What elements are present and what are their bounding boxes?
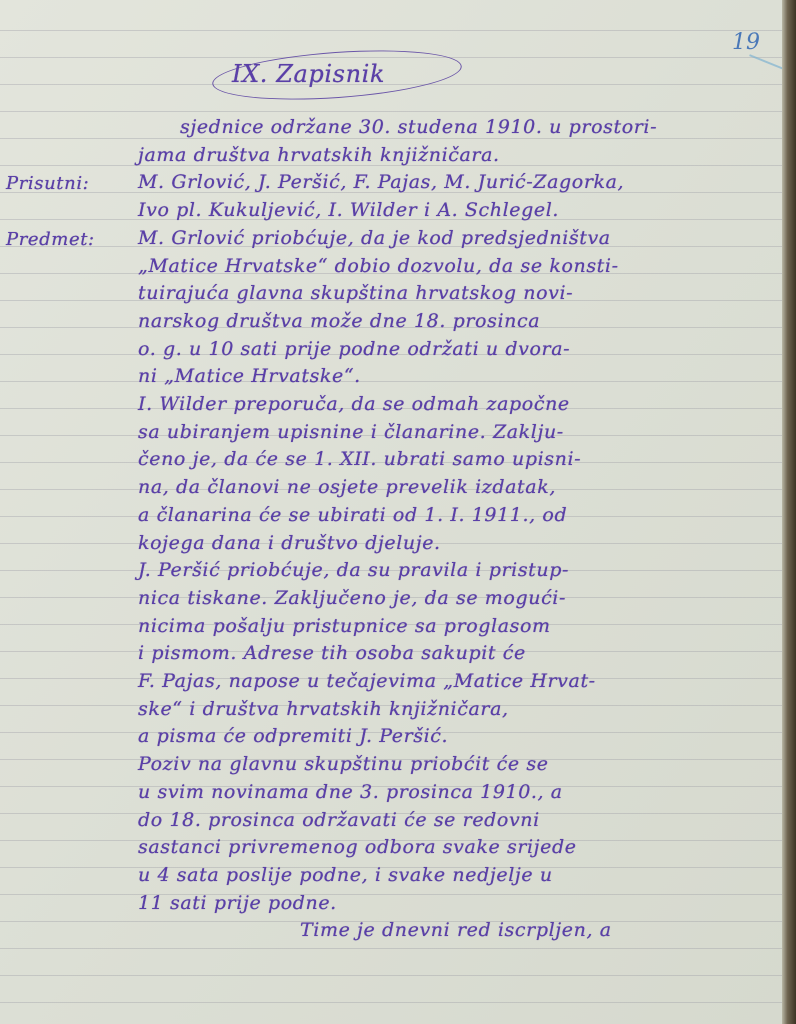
handwritten-line: a članarina će se ubirati od 1. I. 1911.… bbox=[138, 504, 567, 526]
handwritten-line: sjednice održane 30. studena 1910. u pro… bbox=[180, 116, 657, 138]
title-block: IX. Zapisnik bbox=[212, 52, 460, 98]
handwritten-line: Poziv na glavnu skupštinu priobćit će se bbox=[138, 753, 549, 775]
handwritten-line: a pisma će odpremiti J. Peršić. bbox=[138, 725, 448, 747]
handwritten-line: kojega dana i društvo djeluje. bbox=[138, 532, 441, 554]
handwritten-line: J. Peršić priobćuje, da su pravila i pri… bbox=[138, 559, 569, 581]
binding-edge bbox=[782, 0, 796, 1024]
handwritten-line: F. Pajas, napose u tečajevima „Matice Hr… bbox=[138, 670, 596, 692]
handwritten-line: u svim novinama dne 3. prosinca 1910., a bbox=[138, 781, 563, 803]
handwritten-line: ske“ i društva hrvatskih knjižničara, bbox=[138, 698, 509, 720]
handwritten-line: tuirajuća glavna skupština hrvatskog nov… bbox=[138, 282, 573, 304]
handwritten-line: u 4 sata poslije podne, i svake nedjelje… bbox=[138, 864, 553, 886]
margin-label-present: Prisutni: bbox=[6, 173, 89, 194]
handwritten-line: M. Grlović, J. Peršić, F. Pajas, M. Juri… bbox=[138, 171, 624, 193]
handwritten-line: Time je dnevni red iscrpljen, a bbox=[300, 919, 612, 941]
handwritten-line: I. Wilder preporuča, da se odmah započne bbox=[138, 393, 570, 415]
handwritten-line: narskog društva može dne 18. prosinca bbox=[138, 310, 540, 332]
handwritten-line: do 18. prosinca održavati će se redovni bbox=[138, 809, 540, 831]
handwritten-line: „Matice Hrvatske“ dobio dozvolu, da se k… bbox=[138, 255, 619, 277]
handwritten-line: Ivo pl. Kukuljević, I. Wilder i A. Schle… bbox=[138, 199, 559, 221]
handwritten-line: sa ubiranjem upisnine i članarine. Zaklj… bbox=[138, 421, 564, 443]
handwritten-line: ni „Matice Hrvatske“. bbox=[138, 365, 361, 387]
notebook-page: IX. Zapisnik 19 sjednice održane 30. stu… bbox=[0, 0, 782, 1024]
handwritten-line: i pismom. Adrese tih osoba sakupit će bbox=[138, 642, 526, 664]
handwritten-line: čeno je, da će se 1. XII. ubrati samo up… bbox=[138, 448, 581, 470]
handwritten-line: jama društva hrvatskih knjižničara. bbox=[138, 144, 500, 166]
handwritten-line: M. Grlović priobćuje, da je kod predsjed… bbox=[138, 227, 611, 249]
handwritten-line: sastanci privremenog odbora svake srijed… bbox=[138, 836, 577, 858]
handwritten-line: 11 sati prije podne. bbox=[138, 892, 337, 914]
handwritten-line: nica tiskane. Zaključeno je, da se moguć… bbox=[138, 587, 566, 609]
handwritten-line: nicima pošalju pristupnice sa proglasom bbox=[138, 615, 551, 637]
page-number: 19 bbox=[732, 30, 760, 55]
handwritten-line: o. g. u 10 sati prije podne održati u dv… bbox=[138, 338, 570, 360]
handwritten-line: na, da članovi ne osjete prevelik izdata… bbox=[138, 476, 556, 498]
margin-label-subject: Predmet: bbox=[6, 229, 95, 250]
page-title: IX. Zapisnik bbox=[232, 60, 385, 88]
